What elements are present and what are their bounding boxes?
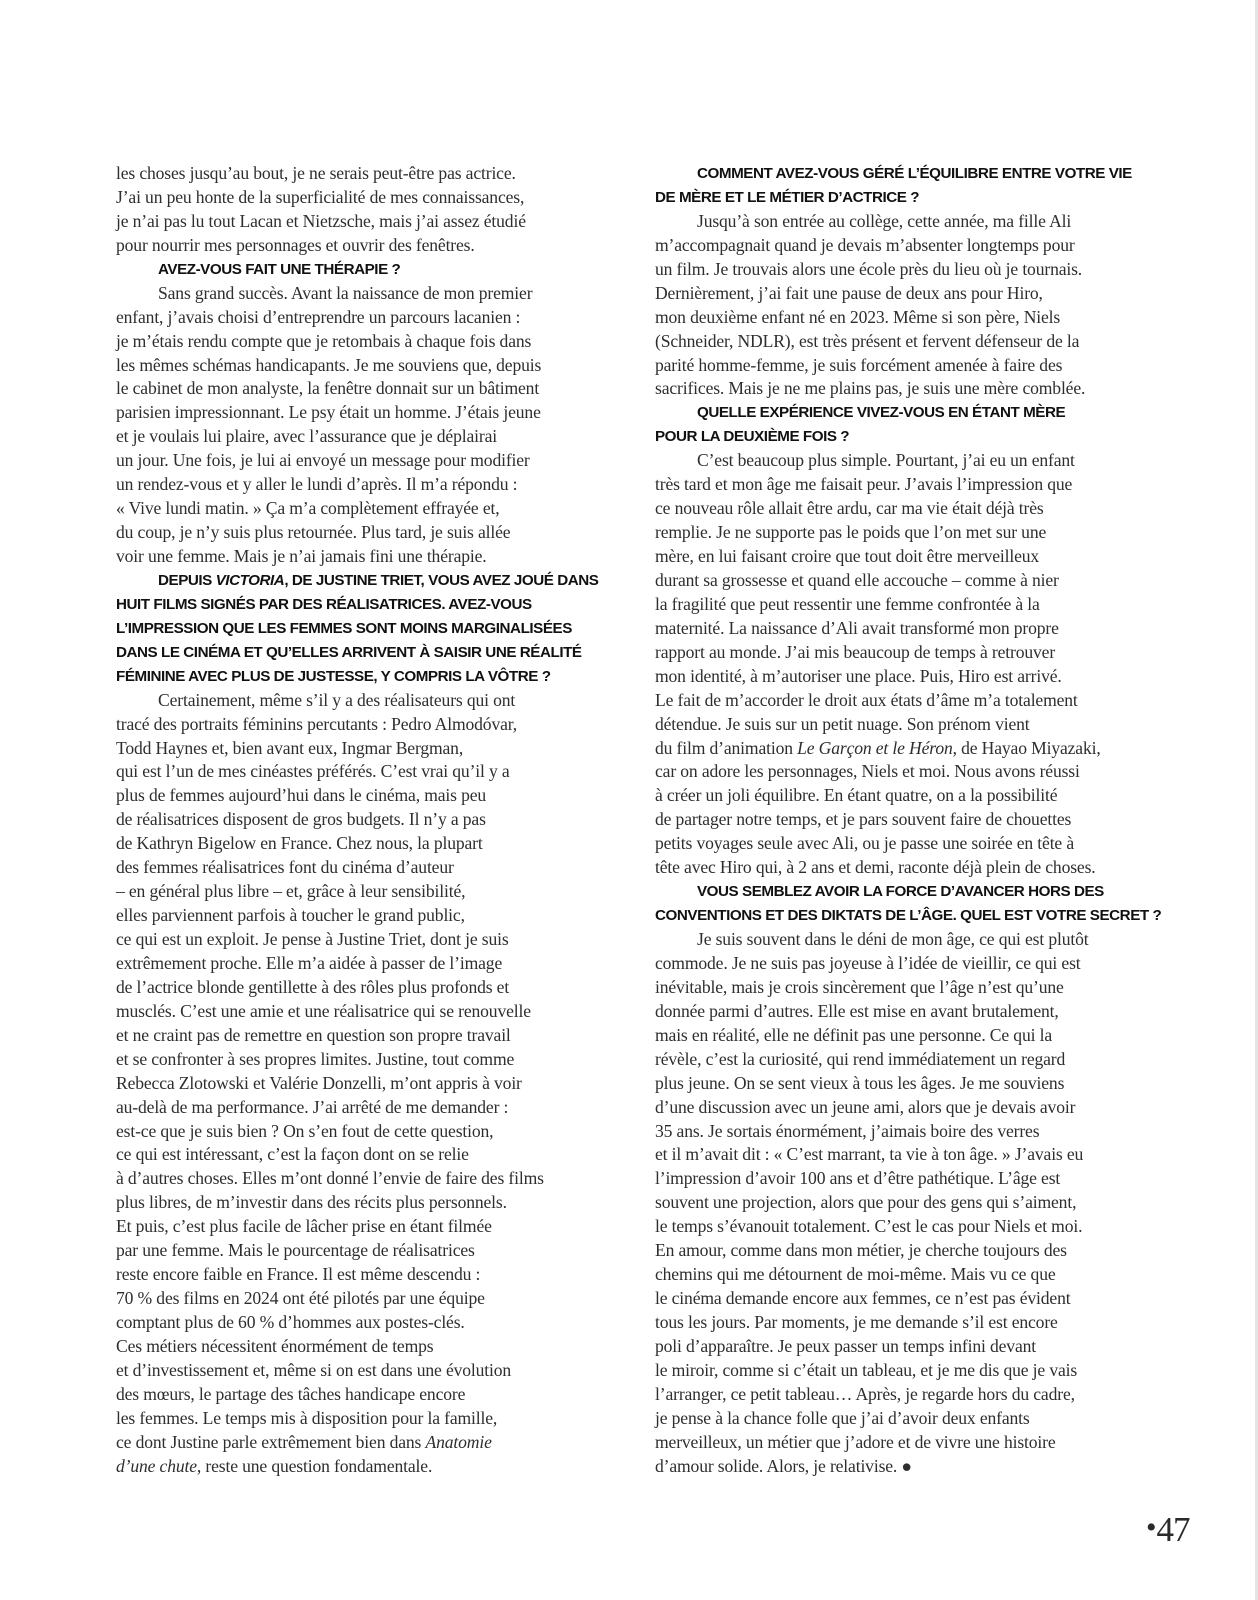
body-text-line: m’accompagnait quand je devais m’absente… [655,234,1155,258]
body-text-line: Jusqu’à son entrée au collège, cette ann… [655,210,1155,234]
body-text-line: Dernièrement, j’ai fait une pause de deu… [655,282,1155,306]
body-text-line: voir une femme. Mais je n’ai jamais fini… [116,545,616,569]
body-text-line: tracé des portraits féminins percutants … [116,713,616,737]
body-text-line: Et puis, c’est plus facile de lâcher pri… [116,1215,616,1239]
body-text-line: un film. Je trouvais alors une école prè… [655,258,1155,282]
body-text-line: sacrifices. Mais je ne me plains pas, je… [655,377,1155,401]
body-text-line: Je suis souvent dans le déni de mon âge,… [655,928,1155,952]
body-text-line: – en général plus libre – et, grâce à le… [116,880,616,904]
body-text-line: je pense à la chance folle que j’ai d’av… [655,1407,1155,1431]
body-text-line: et d’investissement et, même si on est d… [116,1359,616,1383]
body-text-line: commode. Je ne suis pas joyeuse à l’idée… [655,952,1155,976]
body-text-line: du coup, je n’y suis plus retournée. Plu… [116,521,616,545]
body-text-line: durant sa grossesse et quand elle accouc… [655,569,1155,593]
body-text-line: révèle, c’est la curiosité, qui rend imm… [655,1048,1155,1072]
interview-question-line: CONVENTIONS ET DES DIKTATS DE L’ÂGE. QUE… [655,904,1155,928]
body-text-line: C’est beaucoup plus simple. Pourtant, j’… [655,449,1155,473]
body-text-line: mon deuxième enfant né en 2023. Même si … [655,306,1155,330]
body-text-line: les choses jusqu’au bout, je ne serais p… [116,162,616,186]
body-text-line: tête avec Hiro qui, à 2 ans et demi, rac… [655,856,1155,880]
body-text-line: « Vive lundi matin. » Ça m’a complètemen… [116,497,616,521]
body-text-line: En amour, comme dans mon métier, je cher… [655,1239,1155,1263]
body-text-line: donnée parmi d’autres. Elle est mise en … [655,1000,1155,1024]
body-text-line: les mêmes schémas handicapants. Je me so… [116,354,616,378]
body-text-line: d’une discussion avec un jeune ami, alor… [655,1096,1155,1120]
body-text-line: très tard et mon âge me faisait peur. J’… [655,473,1155,497]
body-text-line: maternité. La naissance d’Ali avait tran… [655,617,1155,641]
body-text-line: et ne craint pas de remettre en question… [116,1024,616,1048]
interview-question-line: POUR LA DEUXIÈME FOIS ? [655,425,1155,449]
body-text-line: souvent une projection, alors que pour d… [655,1191,1155,1215]
body-text-line: le temps s’évanouit totalement. C’est le… [655,1215,1155,1239]
body-text-line: des femmes réalisatrices font du cinéma … [116,856,616,880]
italic-title: Le Garçon et le Héron [797,738,953,758]
body-text-line: d’amour solide. Alors, je relativise. ● [655,1455,1155,1479]
bullet-icon: • [1146,1511,1156,1544]
interview-question-line: L’IMPRESSION QUE LES FEMMES SONT MOINS M… [116,617,616,641]
body-text-line: le cabinet de mon analyste, la fenêtre d… [116,377,616,401]
body-text-line: par une femme. Mais le pourcentage de ré… [116,1239,616,1263]
body-text-line: je m’étais rendu compte que je retombais… [116,330,616,354]
body-text-line: merveilleux, un métier que j’adore et de… [655,1431,1155,1455]
body-text-line: de partager notre temps, et je pars souv… [655,808,1155,832]
italic-title: VICTORIA [216,572,285,589]
body-text-line: les femmes. Le temps mis à disposition p… [116,1407,616,1431]
body-text-line: l’impression d’avoir 100 ans et d’être p… [655,1167,1155,1191]
page-number: •47 [1146,1510,1190,1550]
body-text-line: comptant plus de 60 % d’hommes aux poste… [116,1311,616,1335]
text-segment: , DE JUSTINE TRIET, VOUS AVEZ JOUÉ DANS [284,572,598,589]
italic-title: d’une chute [116,1456,197,1476]
body-text-line: tous les jours. Par moments, je me deman… [655,1311,1155,1335]
page-number-value: 47 [1157,1510,1190,1549]
text-segment: , de Hayao Miyazaki, [953,738,1101,758]
body-text-line: Certainement, même s’il y a des réalisat… [116,689,616,713]
interview-question-line: AVEZ-VOUS FAIT UNE THÉRAPIE ? [116,258,616,282]
body-text-line: qui est l’un de mes cinéastes préférés. … [116,760,616,784]
body-text-line: et il m’avait dit : « C’est marrant, ta … [655,1143,1155,1167]
interview-question-line: HUIT FILMS SIGNÉS PAR DES RÉALISATRICES.… [116,593,616,617]
body-text-line: mais en réalité, elle ne définit pas une… [655,1024,1155,1048]
body-text-line: ce nouveau rôle allait être ardu, car ma… [655,497,1155,521]
body-text-line: et je voulais lui plaire, avec l’assuran… [116,425,616,449]
body-text-line: plus jeune. On se sent vieux à tous les … [655,1072,1155,1096]
body-text-line: poli d’apparaître. Je peux passer un tem… [655,1335,1155,1359]
body-text-line: musclés. C’est une amie et une réalisatr… [116,1000,616,1024]
body-text-line: ce qui est un exploit. Je pense à Justin… [116,928,616,952]
body-text-line: (Schneider, NDLR), est très présent et f… [655,330,1155,354]
body-text-line: mère, en lui faisant croire que tout doi… [655,545,1155,569]
interview-question-line: FÉMININE AVEC PLUS DE JUSTESSE, Y COMPRI… [116,665,616,689]
interview-question-line: COMMENT AVEZ-VOUS GÉRÉ L’ÉQUILIBRE ENTRE… [655,162,1155,186]
body-text-line: 70 % des films en 2024 ont été pilotés p… [116,1287,616,1311]
body-text-line: des mœurs, le partage des tâches handica… [116,1383,616,1407]
text-segment: du film d’animation [655,738,797,758]
article-column-left: les choses jusqu’au bout, je ne serais p… [116,162,616,1479]
body-text-line: J’ai un peu honte de la superficialité d… [116,186,616,210]
body-text-line: parisien impressionnant. Le psy était un… [116,401,616,425]
body-text-line: au-delà de ma performance. J’ai arrêté d… [116,1096,616,1120]
body-text-line: reste encore faible en France. Il est mê… [116,1263,616,1287]
body-text-line: ce dont Justine parle extrêmement bien d… [116,1431,616,1455]
body-text-line: un jour. Une fois, je lui ai envoyé un m… [116,449,616,473]
body-text-line: Le fait de m’accorder le droit aux états… [655,689,1155,713]
body-text-line: extrêmement proche. Elle m’a aidée à pas… [116,952,616,976]
body-text-line: rapport au monde. J’ai mis beaucoup de t… [655,641,1155,665]
body-text-line: Todd Haynes et, bien avant eux, Ingmar B… [116,737,616,761]
body-text-line: le cinéma demande encore aux femmes, ce … [655,1287,1155,1311]
body-text-line: 35 ans. Je sortais énormément, j’aimais … [655,1120,1155,1144]
body-text-line: car on adore les personnages, Niels et m… [655,760,1155,784]
body-text-line: inévitable, mais je crois sincèrement qu… [655,976,1155,1000]
body-text-line: Ces métiers nécessitent énormément de te… [116,1335,616,1359]
body-text-line: de réalisatrices disposent de gros budge… [116,808,616,832]
interview-question-line: DANS LE CINÉMA ET QU’ELLES ARRIVENT À SA… [116,641,616,665]
body-text-line: l’arranger, ce petit tableau… Après, je … [655,1383,1155,1407]
body-text-line: petits voyages seule avec Ali, ou je pas… [655,832,1155,856]
interview-question-line: DEPUIS VICTORIA, DE JUSTINE TRIET, VOUS … [116,569,616,593]
body-text-line: est-ce que je suis bien ? On s’en fout d… [116,1120,616,1144]
body-text-line: Sans grand succès. Avant la naissance de… [116,282,616,306]
body-text-line: de Kathryn Bigelow en France. Chez nous,… [116,832,616,856]
body-text-line: plus de femmes aujourd’hui dans le ciném… [116,784,616,808]
interview-question-line: QUELLE EXPÉRIENCE VIVEZ-VOUS EN ÉTANT MÈ… [655,401,1155,425]
body-text-line: ce qui est intéressant, c’est la façon d… [116,1143,616,1167]
body-text-line: la fragilité que peut ressentir une femm… [655,593,1155,617]
body-text-line: enfant, j’avais choisi d’entreprendre un… [116,306,616,330]
article-column-right: COMMENT AVEZ-VOUS GÉRÉ L’ÉQUILIBRE ENTRE… [655,162,1155,1479]
body-text-line: un rendez-vous et y aller le lundi d’apr… [116,473,616,497]
body-text-line: je n’ai pas lu tout Lacan et Nietzsche, … [116,210,616,234]
body-text-line: mon identité, à m’autoriser une place. P… [655,665,1155,689]
body-text-line: et se confronter à ses propres limites. … [116,1048,616,1072]
body-text-line: Rebecca Zlotowski et Valérie Donzelli, m… [116,1072,616,1096]
body-text-line: d’une chute, reste une question fondamen… [116,1455,616,1479]
body-text-line: pour nourrir mes personnages et ouvrir d… [116,234,616,258]
body-text-line: elles parviennent parfois à toucher le g… [116,904,616,928]
body-text-line: remplie. Je ne supporte pas le poids que… [655,521,1155,545]
body-text-line: à d’autres choses. Elles m’ont donné l’e… [116,1167,616,1191]
interview-question-line: DE MÈRE ET LE MÉTIER D’ACTRICE ? [655,186,1155,210]
body-text-line: chemins qui me détournent de moi-même. M… [655,1263,1155,1287]
text-segment: , reste une question fondamentale. [197,1456,432,1476]
body-text-line: parité homme-femme, je suis forcément am… [655,354,1155,378]
text-segment: ce dont Justine parle extrêmement bien d… [116,1432,426,1452]
italic-title: Anatomie [426,1432,492,1452]
text-segment: DEPUIS [158,572,216,589]
body-text-line: de l’actrice blonde gentillette à des rô… [116,976,616,1000]
body-text-line: le miroir, comme si c’était un tableau, … [655,1359,1155,1383]
body-text-line: du film d’animation Le Garçon et le Héro… [655,737,1155,761]
body-text-line: à créer un joli équilibre. En étant quat… [655,784,1155,808]
body-text-line: plus libres, de m’investir dans des réci… [116,1191,616,1215]
interview-question-line: VOUS SEMBLEZ AVOIR LA FORCE D’AVANCER HO… [655,880,1155,904]
body-text-line: détendue. Je suis sur un petit nuage. So… [655,713,1155,737]
